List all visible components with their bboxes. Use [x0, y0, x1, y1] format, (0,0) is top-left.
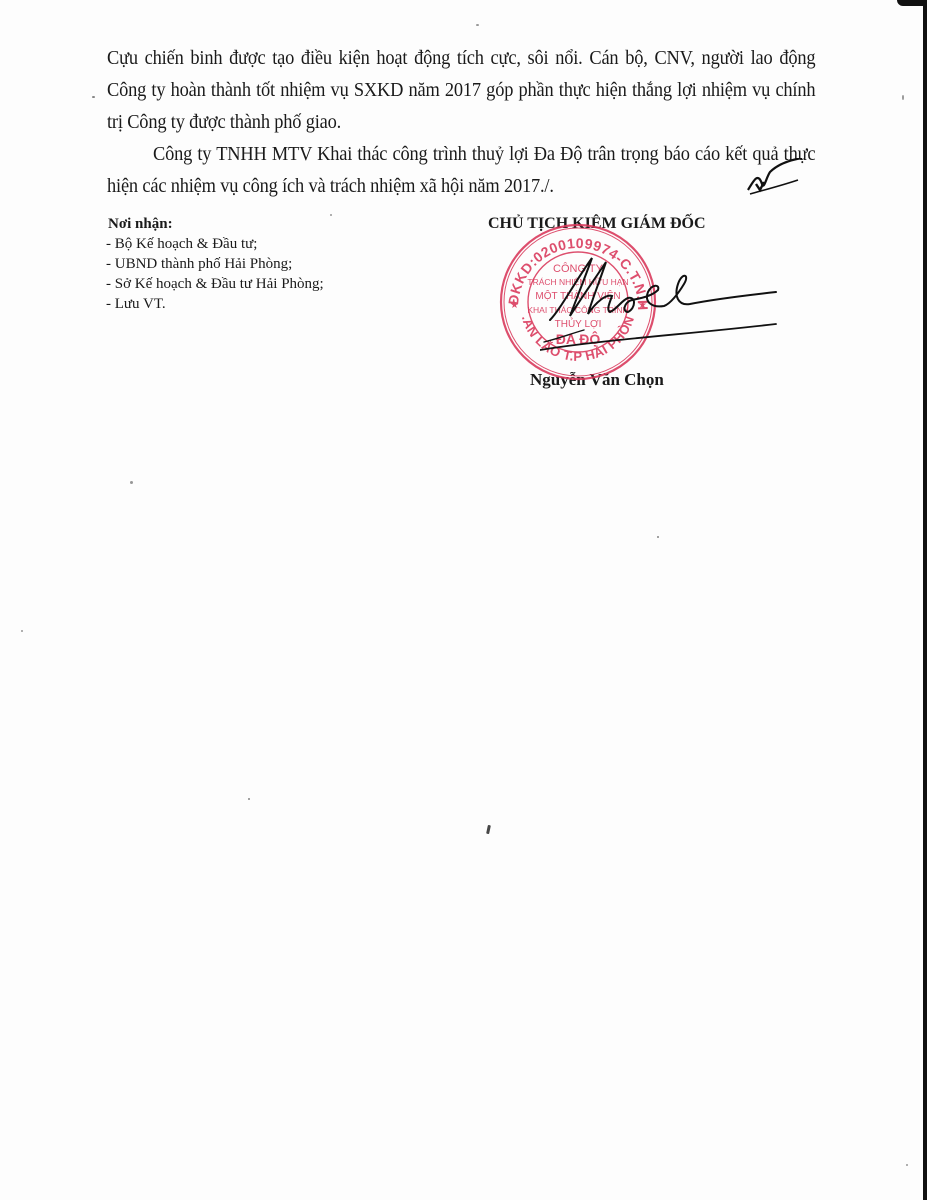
stamp-line: THỦY LỢI [498, 320, 658, 330]
stamp-line: KHAI THÁC CÔNG TRÌNH [498, 306, 658, 315]
scan-speck [486, 825, 491, 834]
recipients-label: Nơi nhận: [108, 214, 324, 234]
signer-title: CHỦ TỊCH KIÊM GIÁM ĐỐC [488, 214, 748, 234]
stamp-line: ĐA ĐỘ [498, 332, 658, 346]
stamp-line: MỘT THÀNH VIÊN [498, 292, 658, 302]
scan-speck [330, 214, 332, 216]
scan-speck [906, 1164, 908, 1166]
scan-speck [248, 798, 250, 800]
stamp-line: TRÁCH NHIỆM HỮU HẠN [498, 278, 658, 287]
svg-text:★: ★ [638, 300, 647, 311]
recipient-item: - Sở Kế hoạch & Đầu tư Hải Phòng; [106, 274, 324, 294]
scan-speck [92, 96, 95, 98]
scan-speck [902, 95, 904, 100]
svg-text:★: ★ [510, 300, 519, 311]
svg-text:H.AN LÃO T.P HẢI PHÒNG: H.AN LÃO T.P HẢI PHÒNG [498, 222, 637, 364]
paragraph-closing-report: Công ty TNHH MTV Khai thác công trình th… [107, 138, 815, 202]
recipients-block: Nơi nhận: - Bộ Kế hoạch & Đầu tư; - UBND… [106, 214, 324, 314]
scan-speck [130, 481, 133, 484]
body-text: Cựu chiến binh được tạo điều kiện hoạt đ… [107, 42, 815, 202]
handwritten-signature-icon [540, 250, 790, 360]
scan-speck [476, 24, 479, 26]
signature-block: CHỦ TỊCH KIÊM GIÁM ĐỐC Nguyễn Văn Chọn [488, 214, 748, 234]
company-stamp: SĐKKD:0200109974-C.T.N.H. H.AN LÃO T.P H… [498, 222, 658, 382]
paragraph-veterans: Cựu chiến binh được tạo điều kiện hoạt đ… [107, 42, 815, 138]
initial-mark-icon [740, 158, 805, 198]
scan-speck [657, 536, 659, 538]
svg-text:SĐKKD:0200109974-C.T.N.H.: SĐKKD:0200109974-C.T.N.H. [498, 222, 651, 311]
scan-corner [897, 0, 927, 6]
scan-speck [21, 630, 23, 632]
recipient-item: - Bộ Kế hoạch & Đầu tư; [106, 234, 324, 254]
stamp-seal-icon: SĐKKD:0200109974-C.T.N.H. H.AN LÃO T.P H… [498, 222, 658, 382]
scan-edge [923, 0, 927, 1200]
recipient-item: - UBND thành phố Hải Phòng; [106, 254, 324, 274]
signer-name: Nguyễn Văn Chọn [530, 370, 664, 390]
recipient-item: - Lưu VT. [106, 294, 324, 314]
stamp-line: CÔNG TY [498, 264, 658, 275]
